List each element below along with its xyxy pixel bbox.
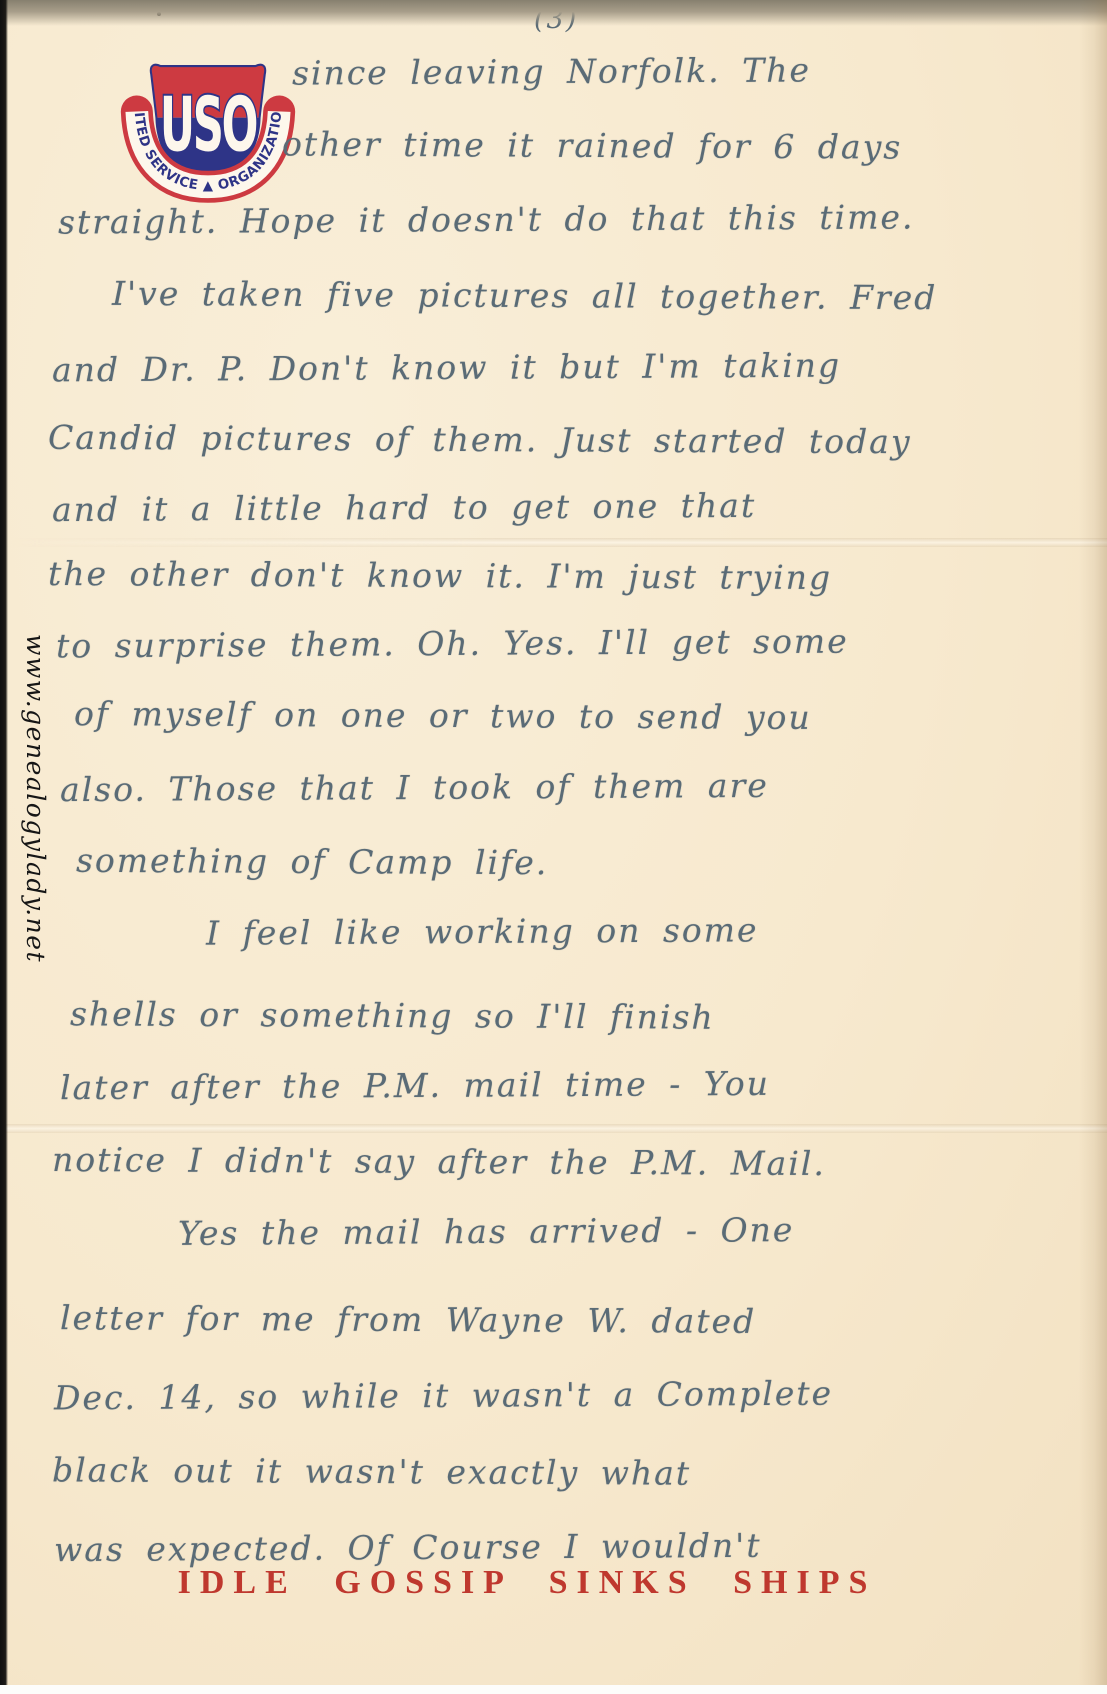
letter-line: the other don't know it. I'm just trying [48, 554, 832, 597]
letter-line: I've taken five pictures all together. F… [112, 274, 938, 317]
fold-crease-upper [0, 538, 1107, 547]
letter-line: also. Those that I took of them are [60, 766, 769, 809]
scan-edge-top [0, 0, 1107, 26]
letter-line: something of Camp life. [76, 841, 549, 882]
letter-line: Dec. 14, so while it wasn't a Complete [54, 1374, 833, 1418]
letter-line: later after the P.M. mail time - You [60, 1064, 770, 1107]
letter-line: shells or something so I'll finish [70, 994, 715, 1036]
fold-crease-lower [0, 1124, 1107, 1133]
letter-line: notice I didn't say after the P.M. Mail. [52, 1140, 826, 1183]
letter-line: since leaving Norfolk. The [292, 50, 811, 92]
letter-line: and it a little hard to get one that [52, 486, 756, 529]
letter-line: black out it wasn't exactly what [52, 1450, 691, 1492]
scan-edge-right [1079, 0, 1107, 1694]
letter-line: and Dr. P. Don't know it but I'm taking [52, 346, 841, 390]
scan-edge-bottom [0, 1685, 1107, 1694]
letter-line: Yes the mail has arrived - One [178, 1210, 795, 1253]
letter-line: Candid pictures of them. Just started to… [48, 418, 912, 462]
letter-line: was expected. Of Course I wouldn't [54, 1526, 762, 1569]
letter-line: of myself on one or two to send you [74, 694, 812, 737]
letter-line: to surprise them. Oh. Yes. I'll get some [56, 622, 849, 666]
letter-line: other time it rained for 6 days [282, 124, 902, 166]
scan-edge-left [0, 0, 8, 1694]
uso-acronym: USO [160, 82, 257, 169]
footer-slogan: IDLE GOSSIP SINKS SHIPS [178, 1564, 877, 1602]
uso-logo: USO UNITED SERVICE ▲ ORGANIZATIONS [110, 50, 306, 208]
letter-line: letter for me from Wayne W. dated [60, 1298, 756, 1341]
watermark-url: www.genealogylady.net [21, 634, 50, 963]
letter-line: I feel like working on some [206, 910, 759, 952]
letter-scan: (3) USO UNITED SERVICE ▲ ORGANIZATIONS s… [0, 0, 1107, 1694]
letter-line: straight. Hope it doesn't do that this t… [58, 197, 915, 241]
